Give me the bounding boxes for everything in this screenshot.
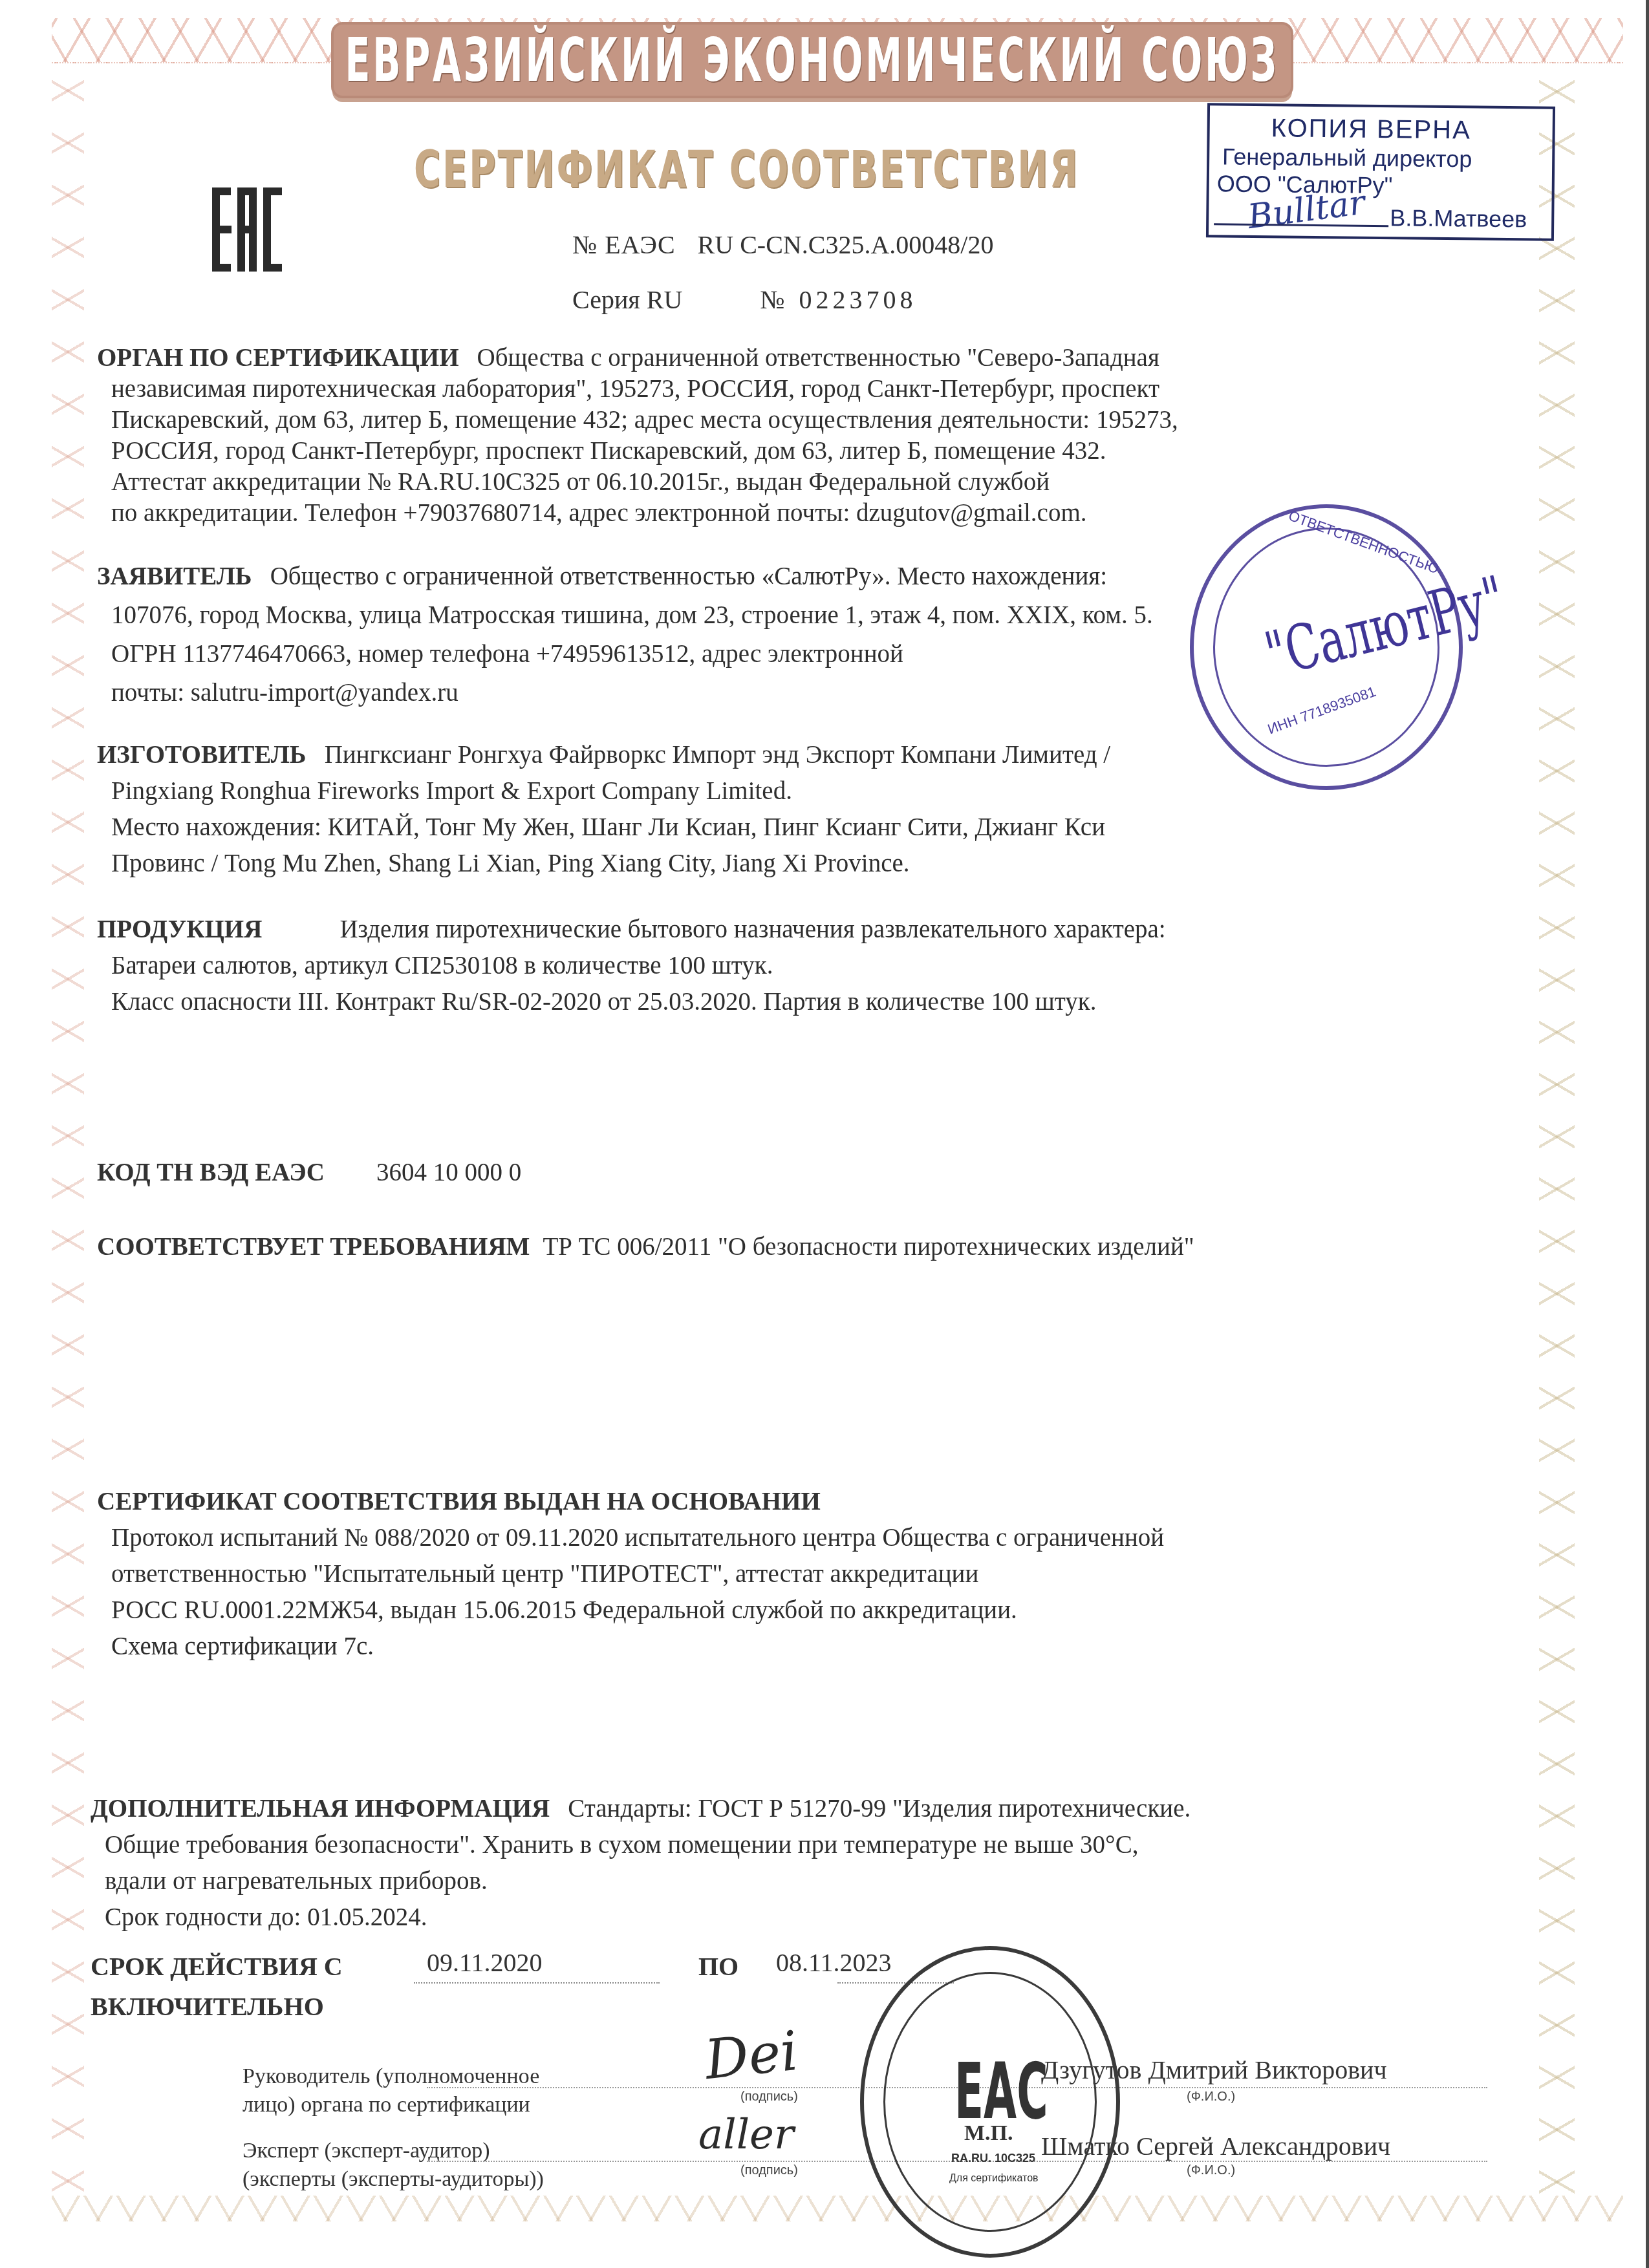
signature-caption: (подпись)	[740, 2090, 798, 2104]
validity-period: СРОК ДЕЙСТВИЯ С 09.11.2020 ПО 08.11.2023…	[91, 1951, 343, 1982]
section-heading: ЗАЯВИТЕЛЬ	[97, 562, 252, 590]
validity-inclusive: ВКЛЮЧИТЕЛЬНО	[91, 1991, 324, 2022]
text-line: Pingxiang Ronghua Fireworks Import & Exp…	[97, 773, 1110, 809]
eac-mark-icon	[212, 187, 282, 272]
text-line: Пингксианг Ронгхуа Файрворкс Импорт энд …	[325, 741, 1111, 769]
validity-from-label: СРОК ДЕЙСТВИЯ С	[91, 1952, 343, 1981]
section-heading: СООТВЕТСТВУЕТ ТРЕБОВАНИЯМ	[97, 1233, 530, 1261]
expert-signature: aller	[698, 2111, 794, 2159]
section-conforms: СООТВЕТСТВУЕТ ТРЕБОВАНИЯМТР ТС 006/2011 …	[97, 1232, 1194, 1263]
section-heading: КОД ТН ВЭД ЕАЭС	[97, 1159, 325, 1186]
tn-ved-code: 3604 10 000 0	[376, 1159, 521, 1186]
section-tn-ved: КОД ТН ВЭД ЕАЭС3604 10 000 0	[97, 1157, 521, 1188]
text-line: Изделия пиротехнические бытового назначе…	[339, 915, 1165, 943]
section-additional-info: ДОПОЛНИТЕЛЬНАЯ ИНФОРМАЦИЯСтандарты: ГОСТ…	[91, 1791, 1191, 1936]
series-label: Серия	[572, 285, 640, 314]
validity-from-date: 09.11.2020	[427, 1947, 543, 1978]
text-line: Место нахождения: КИТАЙ, Тонг Му Жен, Ша…	[97, 809, 1110, 846]
seal-doc-text: Для сертификатов	[949, 2173, 1039, 2185]
text-line: вдали от нагревательных приборов.	[91, 1863, 1191, 1899]
validity-to-date: 08.11.2023	[776, 1947, 892, 1978]
text-line: Схема сертификации 7с.	[97, 1629, 1164, 1665]
stamp-center-text: "СалютРу"	[1258, 592, 1394, 691]
text-line: 107076, город Москва, улица Матросская т…	[97, 596, 1153, 635]
section-manufacturer: ИЗГОТОВИТЕЛЬПингксианг Ронгхуа Файрворкс…	[97, 737, 1110, 882]
head-label-line: лицо) органа по сертификации	[242, 2091, 539, 2119]
text-line: независимая пиротехническая лаборатория"…	[97, 374, 1178, 405]
name-caption: (Ф.И.О.)	[1187, 2090, 1235, 2104]
section-heading: ОРГАН ПО СЕРТИФИКАЦИИ	[97, 344, 459, 372]
expert-label: Эксперт (эксперт-аудитор) (эксперты (экс…	[242, 2137, 544, 2194]
certificate-number-value: RU C-CN.C325.A.00048/20	[698, 230, 994, 259]
text-line: Пискаревский, дом 63, литер Б, помещение…	[97, 405, 1178, 436]
section-heading: СЕРТИФИКАТ СООТВЕТСТВИЯ ВЫДАН НА ОСНОВАН…	[97, 1488, 821, 1515]
section-heading: ИЗГОТОВИТЕЛЬ	[97, 741, 307, 769]
text-line: Класс опасности III. Контракт Ru/SR-02-2…	[97, 984, 1166, 1020]
scan-edge	[1646, 0, 1649, 2268]
section-product: ПРОДУКЦИЯИзделия пиротехнические бытовог…	[97, 912, 1166, 1020]
copy-stamp-name: В.В.Матвеев	[1390, 204, 1527, 233]
validity-from-underline	[414, 1982, 660, 1984]
head-signature: Dei	[702, 2019, 801, 2092]
certificate-number: № ЕАЭС RU C-CN.C325.A.00048/20	[572, 230, 993, 260]
union-banner: ЕВРАЗИЙСКИЙ ЭКОНОМИЧЕСКИЙ СОЮЗ	[331, 22, 1293, 98]
validity-to-label: ПО	[698, 1951, 738, 1982]
expert-label-line: (эксперты (эксперты-аудиторы))	[242, 2165, 544, 2194]
series-number: № 0223708	[760, 285, 916, 314]
copy-certified-stamp: КОПИЯ ВЕРНА Генеральный директор ООО "Са…	[1206, 103, 1555, 241]
seal-accreditation: RA.RU. 10C325	[951, 2152, 1035, 2165]
name-caption: (Ф.И.О.)	[1187, 2163, 1235, 2178]
text-line: Общества с ограниченной ответственностью…	[477, 344, 1159, 372]
seal-mp: М.П.	[964, 2121, 1013, 2146]
text-line: по аккредитации. Телефон +79037680714, а…	[97, 498, 1178, 529]
applicant-company-stamp: ОТВЕТСТВЕННОСТЬЮ "СалютРу" ИНН 771893508…	[1190, 504, 1463, 790]
text-line: Батареи салютов, артикул СП2530108 в кол…	[97, 948, 1166, 984]
text-line: Протокол испытаний № 088/2020 от 09.11.2…	[97, 1520, 1164, 1556]
text-line: почты: salutru-import@yandex.ru	[97, 674, 1153, 712]
text-line: РОССИЯ, город Санкт-Петербург, проспект …	[97, 436, 1178, 467]
section-heading: ПРОДУКЦИЯ	[97, 915, 262, 943]
text-line: Срок годности до: 01.05.2024.	[91, 1899, 1191, 1936]
text-line: РОСС RU.0001.22МЖ54, выдан 15.06.2015 Фе…	[97, 1592, 1164, 1629]
head-label: Руководитель (уполномоченное лицо) орган…	[242, 2062, 539, 2119]
text-line: Стандарты: ГОСТ Р 51270-99 "Изделия пиро…	[568, 1795, 1191, 1823]
text-line: Общество с ограниченной ответственностью…	[270, 562, 1107, 590]
text-line: Аттестат аккредитации № RA.RU.10C325 от …	[97, 467, 1178, 498]
signature-caption: (подпись)	[740, 2163, 798, 2178]
certificate-series: Серия RU № 0223708	[572, 284, 916, 315]
section-heading: ДОПОЛНИТЕЛЬНАЯ ИНФОРМАЦИЯ	[91, 1795, 550, 1823]
copy-stamp-title: КОПИЯ ВЕРНА	[1271, 114, 1471, 145]
section-basis: СЕРТИФИКАТ СООТВЕТСТВИЯ ВЫДАН НА ОСНОВАН…	[97, 1484, 1164, 1665]
section-applicant: ЗАЯВИТЕЛЬОбщество с ограниченной ответст…	[97, 557, 1153, 712]
text-line: Провинс / Tong Mu Zhen, Shang Li Xian, P…	[97, 846, 1110, 882]
text-line: ОГРН 1137746470663, номер телефона +7495…	[97, 635, 1153, 674]
text-line: Общие требования безопасности". Хранить …	[91, 1827, 1191, 1863]
certification-body-seal: EAC М.П. RA.RU. 10C325 Для сертификатов	[860, 1946, 1120, 2258]
ornamental-border-bottom	[52, 2196, 1623, 2221]
certificate-number-prefix: № ЕАЭС	[572, 230, 676, 259]
certificate-title: СЕРТИФИКАТ СООТВЕТСТВИЯ	[414, 141, 973, 199]
text-line: ответственностью "Испытательный центр "П…	[97, 1556, 1164, 1592]
ornamental-border-right	[1539, 62, 1575, 2196]
copy-stamp-position: Генеральный директор	[1222, 143, 1472, 173]
ornamental-border-left	[52, 62, 84, 2196]
series-value: RU	[647, 285, 683, 314]
section-certification-body: ОРГАН ПО СЕРТИФИКАЦИИОбщества с ограниче…	[97, 343, 1178, 529]
stamp-inn: ИНН 7718935081	[1266, 683, 1378, 738]
union-banner-text: ЕВРАЗИЙСКИЙ ЭКОНОМИЧЕСКИЙ СОЮЗ	[345, 26, 1279, 95]
technical-regulation: ТР ТС 006/2011 "О безопасности пиротехни…	[543, 1233, 1194, 1261]
stamp-ring-text: ОТВЕТСТВЕННОСТЬЮ	[1286, 508, 1441, 577]
